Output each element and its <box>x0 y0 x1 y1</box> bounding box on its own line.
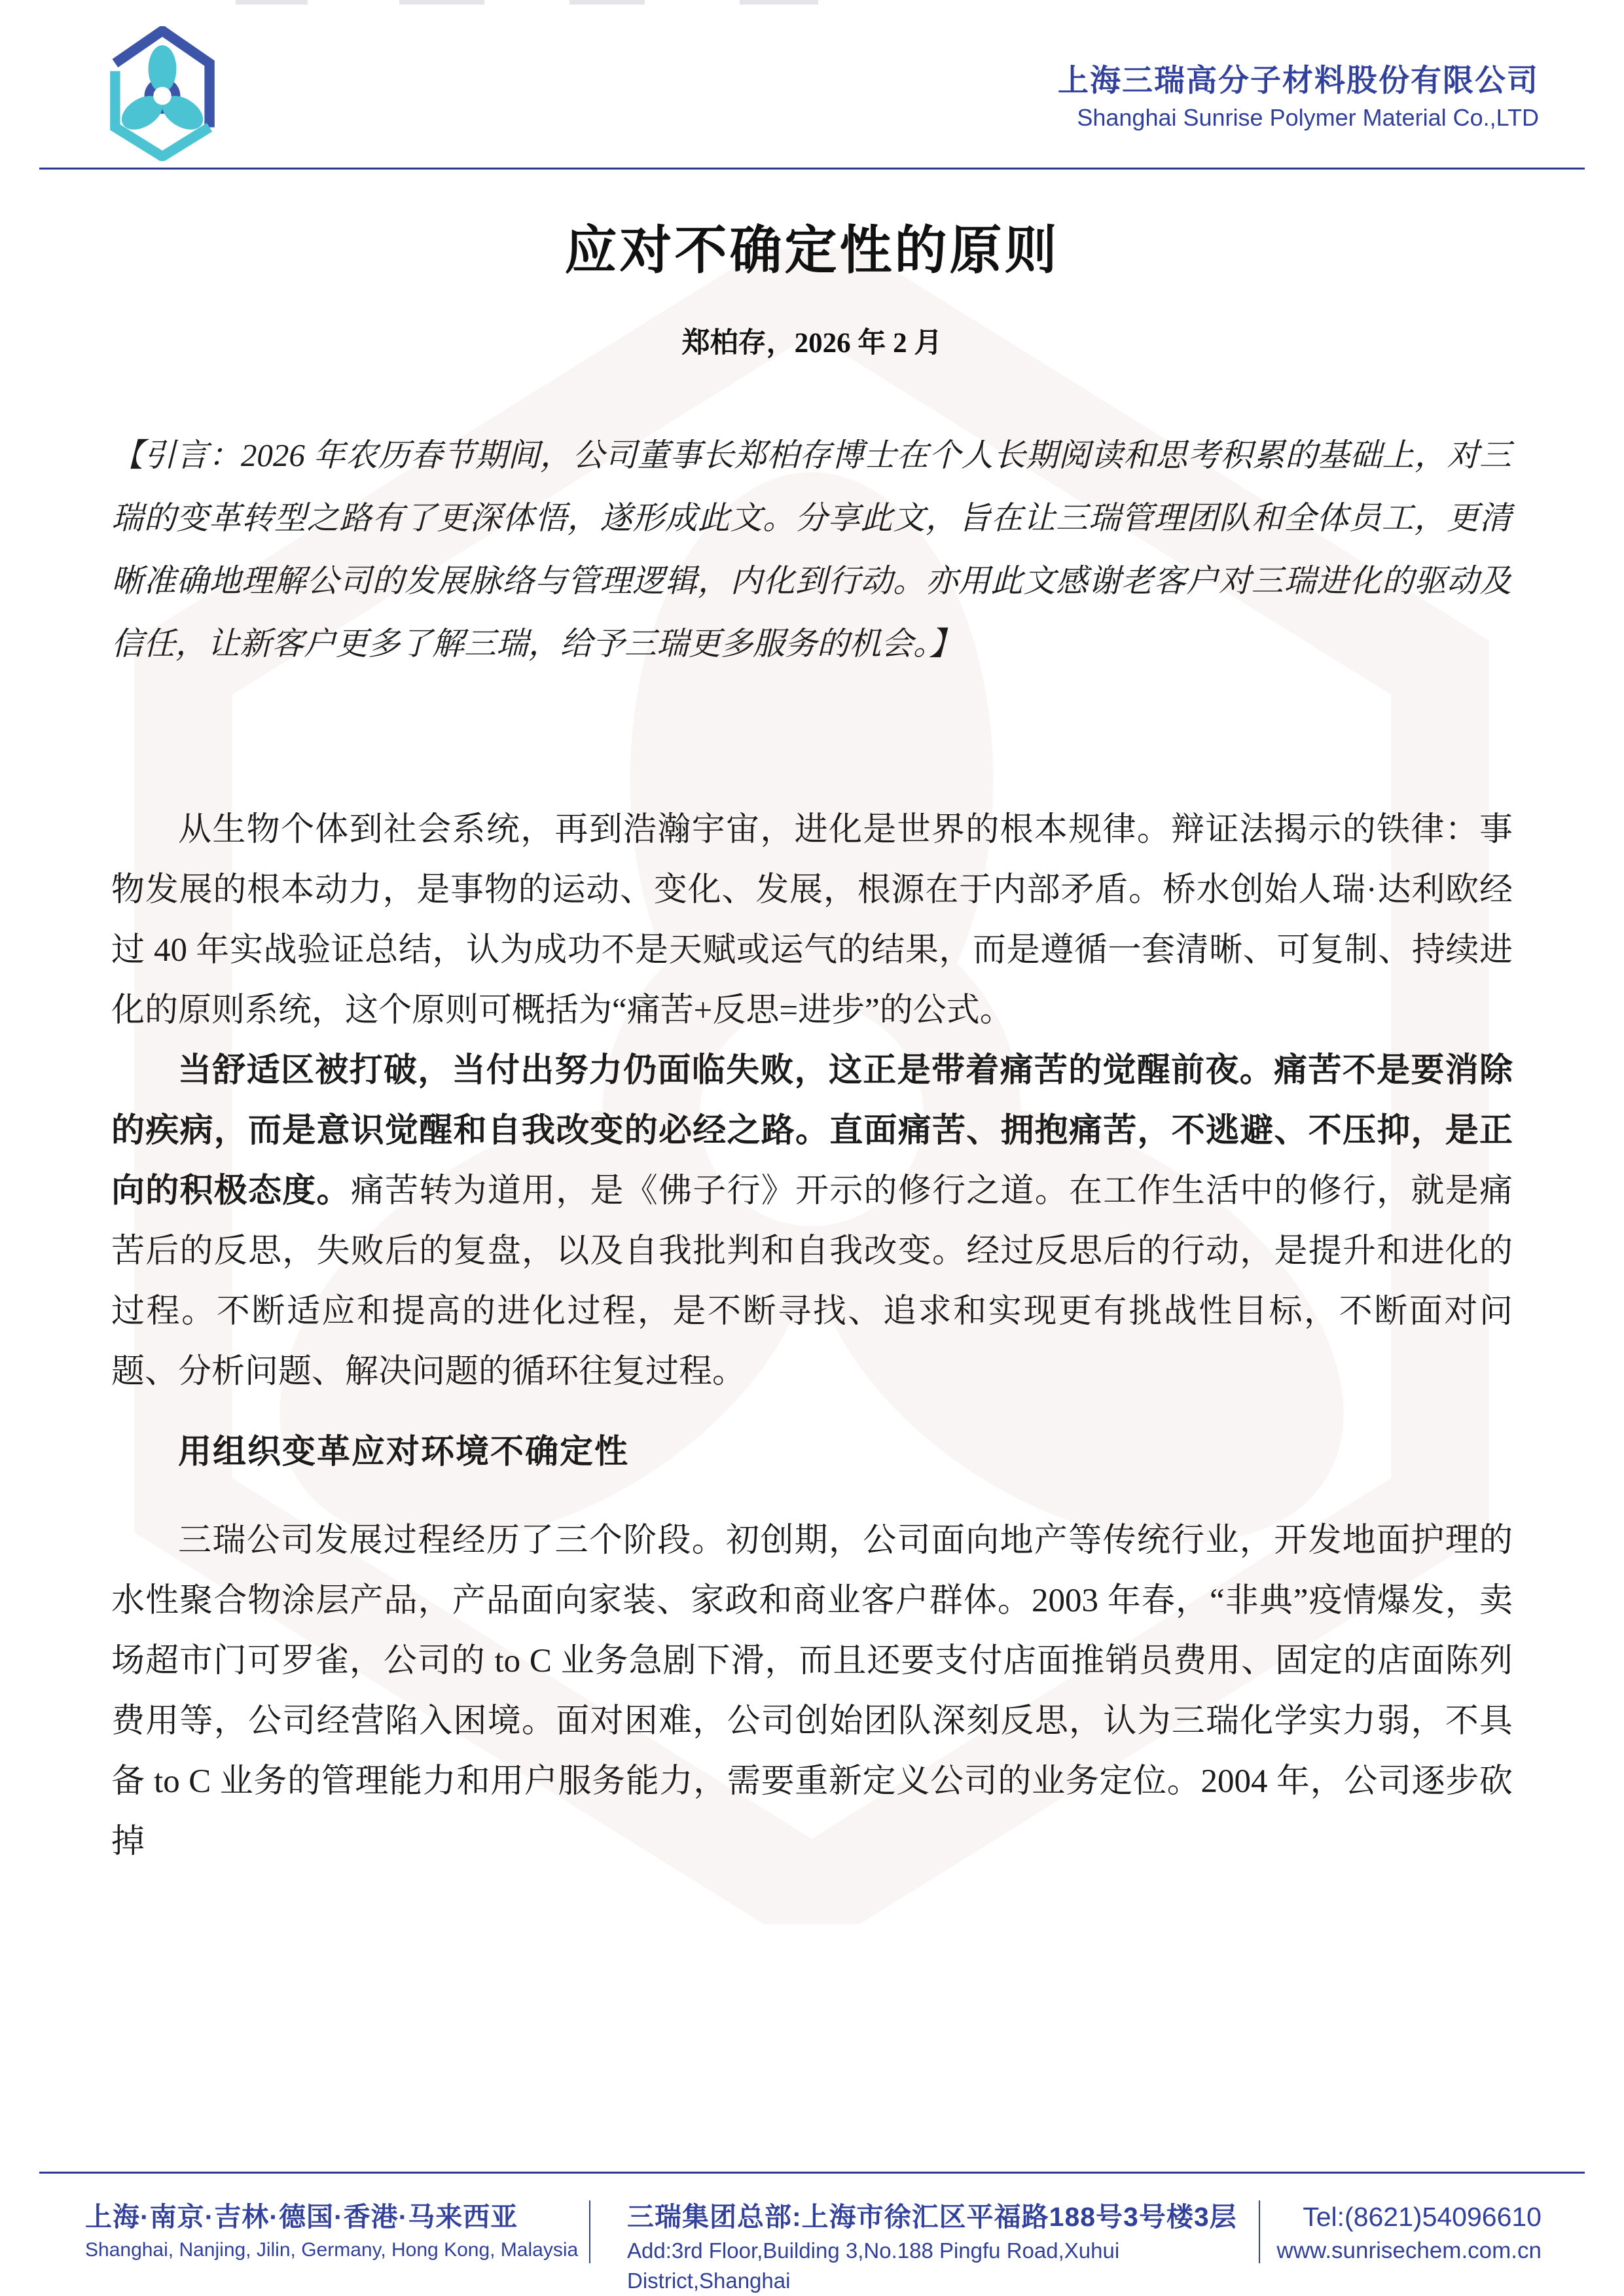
footer-telephone: Tel:(8621)54096610 <box>1260 2198 1542 2236</box>
footer-locations-en: Shanghai, Nanjing, Jilin, Germany, Hong … <box>85 2236 589 2265</box>
body-paragraph: 当舒适区被打破，当付出努力仍面临失败，这正是带着痛苦的觉醒前夜。痛苦不是要消除的… <box>111 1041 1513 1402</box>
article-body: 从生物个体到社会系统，再到浩瀚宇宙，进化是世界的根本规律。辩证法揭示的铁律：事物… <box>111 800 1513 1872</box>
scan-artifact <box>740 0 818 5</box>
scan-artifact <box>236 0 308 5</box>
page-footer: 上海·南京·吉林·德国·香港·马来西亚 Shanghai, Nanjing, J… <box>85 2191 1542 2296</box>
footer-divider <box>39 2172 1585 2174</box>
body-paragraph: 三瑞公司发展过程经历了三个阶段。初创期，公司面向地产等传统行业，开发地面护理的水… <box>111 1511 1513 1872</box>
company-name-en: Shanghai Sunrise Polymer Material Co.,LT… <box>1058 101 1539 135</box>
footer-website: www.sunrisechem.com.cn <box>1260 2236 1542 2266</box>
company-name-zh: 上海三瑞高分子材料股份有限公司 <box>1058 60 1539 101</box>
scan-artifact <box>399 0 484 5</box>
body-paragraph: 从生物个体到社会系统，再到浩瀚宇宙，进化是世界的根本规律。辩证法揭示的铁律：事物… <box>111 800 1513 1041</box>
page-title: 应对不确定性的原则 <box>0 208 1624 283</box>
scan-artifact <box>569 0 645 5</box>
section-heading: 用组织变革应对环境不确定性 <box>111 1422 1513 1482</box>
footer-locations: 上海·南京·吉林·德国·香港·马来西亚 Shanghai, Nanjing, J… <box>85 2191 589 2265</box>
header-divider <box>39 168 1585 170</box>
paragraph-text: 从生物个体到社会系统，再到浩瀚宇宙，进化是世界的根本规律。辩证法揭示的铁律：事物… <box>111 812 1513 1029</box>
company-logo-icon <box>92 26 233 161</box>
company-name-block: 上海三瑞高分子材料股份有限公司 Shanghai Sunrise Polymer… <box>1058 60 1539 135</box>
footer-locations-zh: 上海·南京·吉林·德国·香港·马来西亚 <box>85 2198 589 2236</box>
footer-contact: Tel:(8621)54096610 www.sunrisechem.com.c… <box>1260 2191 1542 2266</box>
document-page: 上海三瑞高分子材料股份有限公司 Shanghai Sunrise Polymer… <box>0 0 1624 2296</box>
footer-address-zh: 三瑞集团总部:上海市徐汇区平福路188号3号楼3层 <box>627 2198 1259 2236</box>
footer-address: 三瑞集团总部:上海市徐汇区平福路188号3号楼3层 Add:3rd Floor,… <box>590 2191 1259 2296</box>
intro-paragraph: 【引言：2026 年农历春节期间，公司董事长郑柏存博士在个人长期阅读和思考积累的… <box>111 424 1511 675</box>
page-header: 上海三瑞高分子材料股份有限公司 Shanghai Sunrise Polymer… <box>92 26 1539 164</box>
footer-address-en: Add:3rd Floor,Building 3,No.188 Pingfu R… <box>627 2236 1259 2296</box>
byline: 郑柏存，2026 年 2 月 <box>0 321 1624 361</box>
paragraph-text: 三瑞公司发展过程经历了三个阶段。初创期，公司面向地产等传统行业，开发地面护理的水… <box>111 1522 1513 1860</box>
